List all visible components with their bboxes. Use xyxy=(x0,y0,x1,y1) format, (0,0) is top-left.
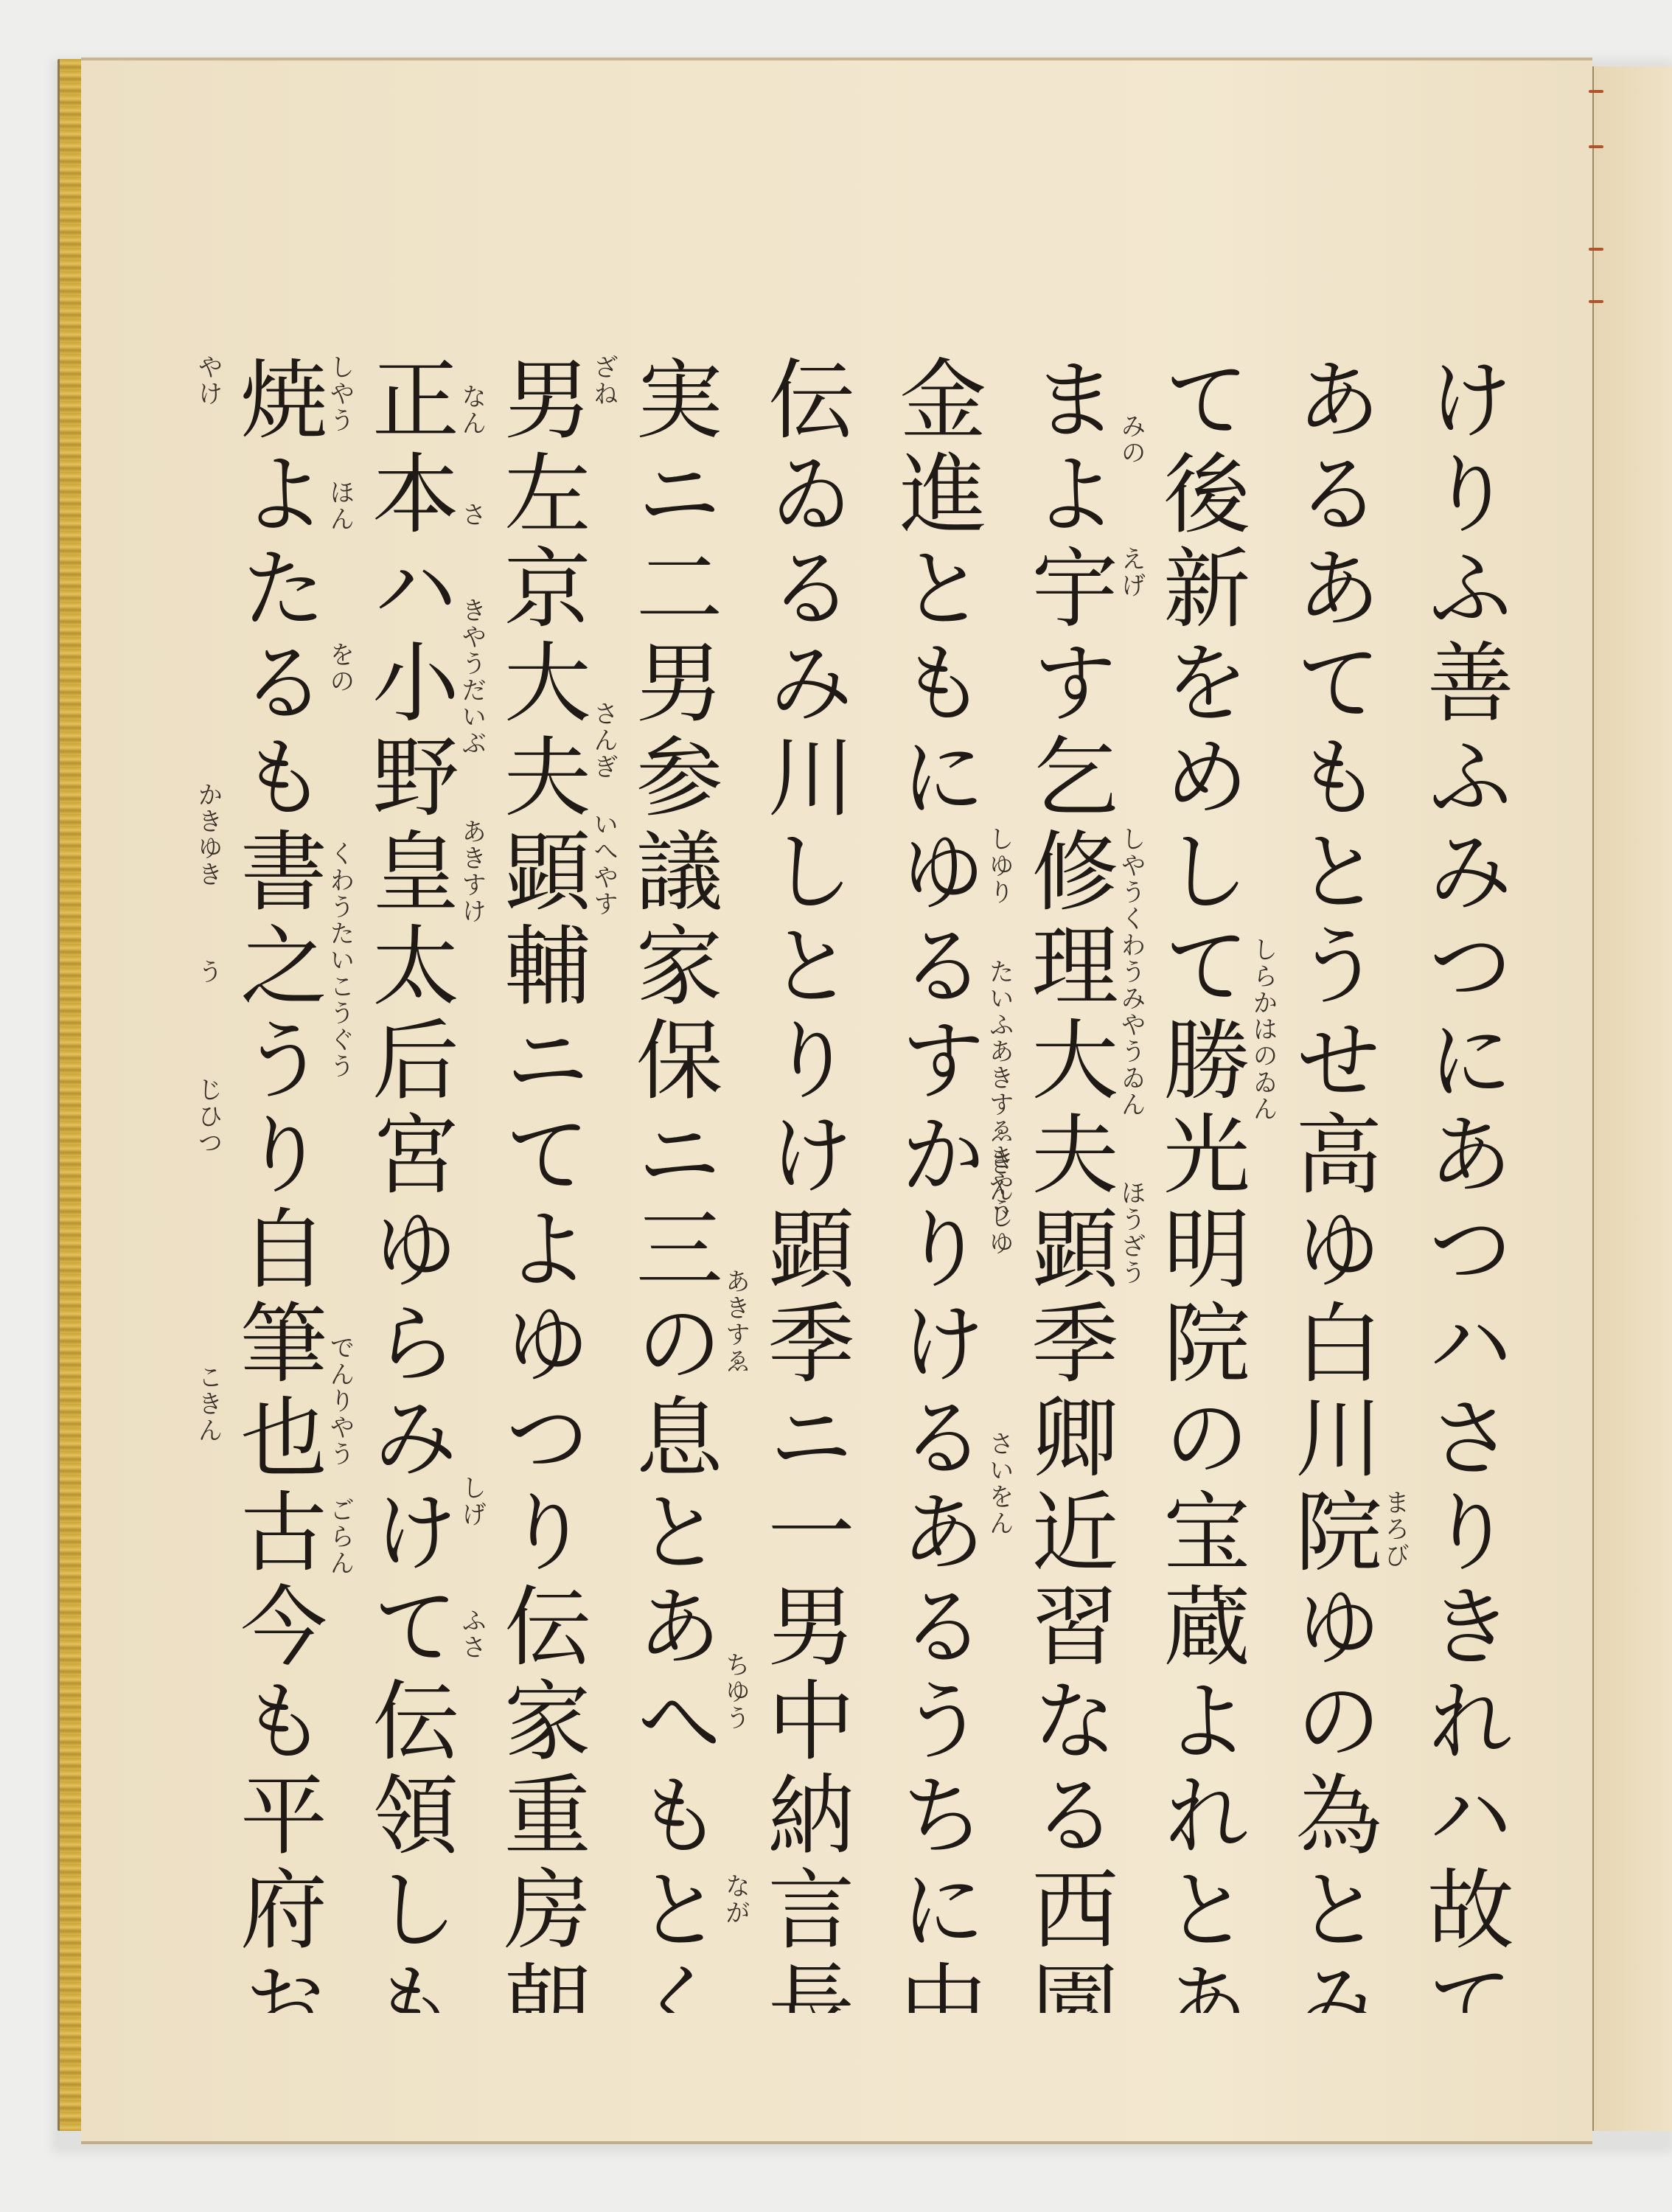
column-text: けりふ善ふみつにあつハさりきれハ故てこう新を xyxy=(1408,354,1519,2013)
text-column: 金進ともにゆるすかりけるあるうちに中ニ第 xyxy=(880,354,991,2013)
column-text: 焼よたるも書之うり自筆也古今も平府おくしく xyxy=(221,354,332,2013)
binding-stitch xyxy=(1589,90,1603,93)
furigana-annotation: う xyxy=(190,959,226,985)
text-column: 伝ゐるみ川しとりけ顕季ニ一男中納言長あきすゑちゆうなが xyxy=(749,354,860,2013)
text-column: 正本ハ小野皇太后宮ゆらみけて伝領しもとき頂トしやうほんをのくわうたいこうぐうでん… xyxy=(353,354,464,2013)
text-column: 実ニ二男参議家保ニ三の息とあへもとく三ざねさんぎいへやす xyxy=(617,354,728,2013)
column-text: て後新をめして勝光明院の宝蔵よれとあつ xyxy=(1144,354,1255,2013)
text-column: まよ宇す乞修理大夫顕季卿近習なる西園しししゆりたいふあきすゑきやうきんじゆさいを… xyxy=(1012,354,1123,2013)
facing-page-edge xyxy=(1592,66,1672,2131)
column-text: まよ宇す乞修理大夫顕季卿近習なる西園しし xyxy=(1012,354,1123,2013)
text-column: けりふ善ふみつにあつハさりきれハ故てこう新をまろび xyxy=(1408,354,1519,2013)
text-column: て後新をめして勝光明院の宝蔵よれとあつみのえげしやうくわうみやうゐんほうざう xyxy=(1144,354,1255,2013)
furigana-annotation: こきん xyxy=(190,1364,226,1444)
column-text: 正本ハ小野皇太后宮ゆらみけて伝領しもとき頂ト xyxy=(353,354,464,2013)
text-columns: けりふ善ふみつにあつハさりきれハ故てこう新をまろびあるあてもとうせ高ゆ白川院ゆの… xyxy=(221,354,1519,2013)
text-column: 焼よたるも書之うり自筆也古今も平府おくしくやけかきゆきうじひつこきん xyxy=(221,354,332,2013)
furigana-annotation: かきゆき xyxy=(190,782,226,888)
furigana-annotation: やけ xyxy=(190,354,226,407)
column-text: あるあてもとうせ高ゆ白川院ゆの為とみえおり xyxy=(1276,354,1387,2013)
furigana-annotation: じひつ xyxy=(190,1077,226,1156)
binding-stitch xyxy=(1589,300,1603,303)
text-column: あるあてもとうせ高ゆ白川院ゆの為とみえおりしらかはのゐん xyxy=(1276,354,1387,2013)
text-column: 男左京大夫顕輔ニてよゆつり伝家重房朝臣のなんさきやうだいぶあきすけしげふさ xyxy=(485,354,596,2013)
column-text: 伝ゐるみ川しとりけ顕季ニ一男中納言長 xyxy=(749,354,860,2013)
column-text: 金進ともにゆるすかりけるあるうちに中ニ第 xyxy=(880,354,991,2013)
column-text: 実ニ二男参議家保ニ三の息とあへもとく三 xyxy=(617,354,728,2013)
binding-stitch xyxy=(1589,248,1603,251)
column-text: 男左京大夫顕輔ニてよゆつり伝家重房朝臣の xyxy=(485,354,596,2013)
binding-stitch xyxy=(1589,145,1603,148)
